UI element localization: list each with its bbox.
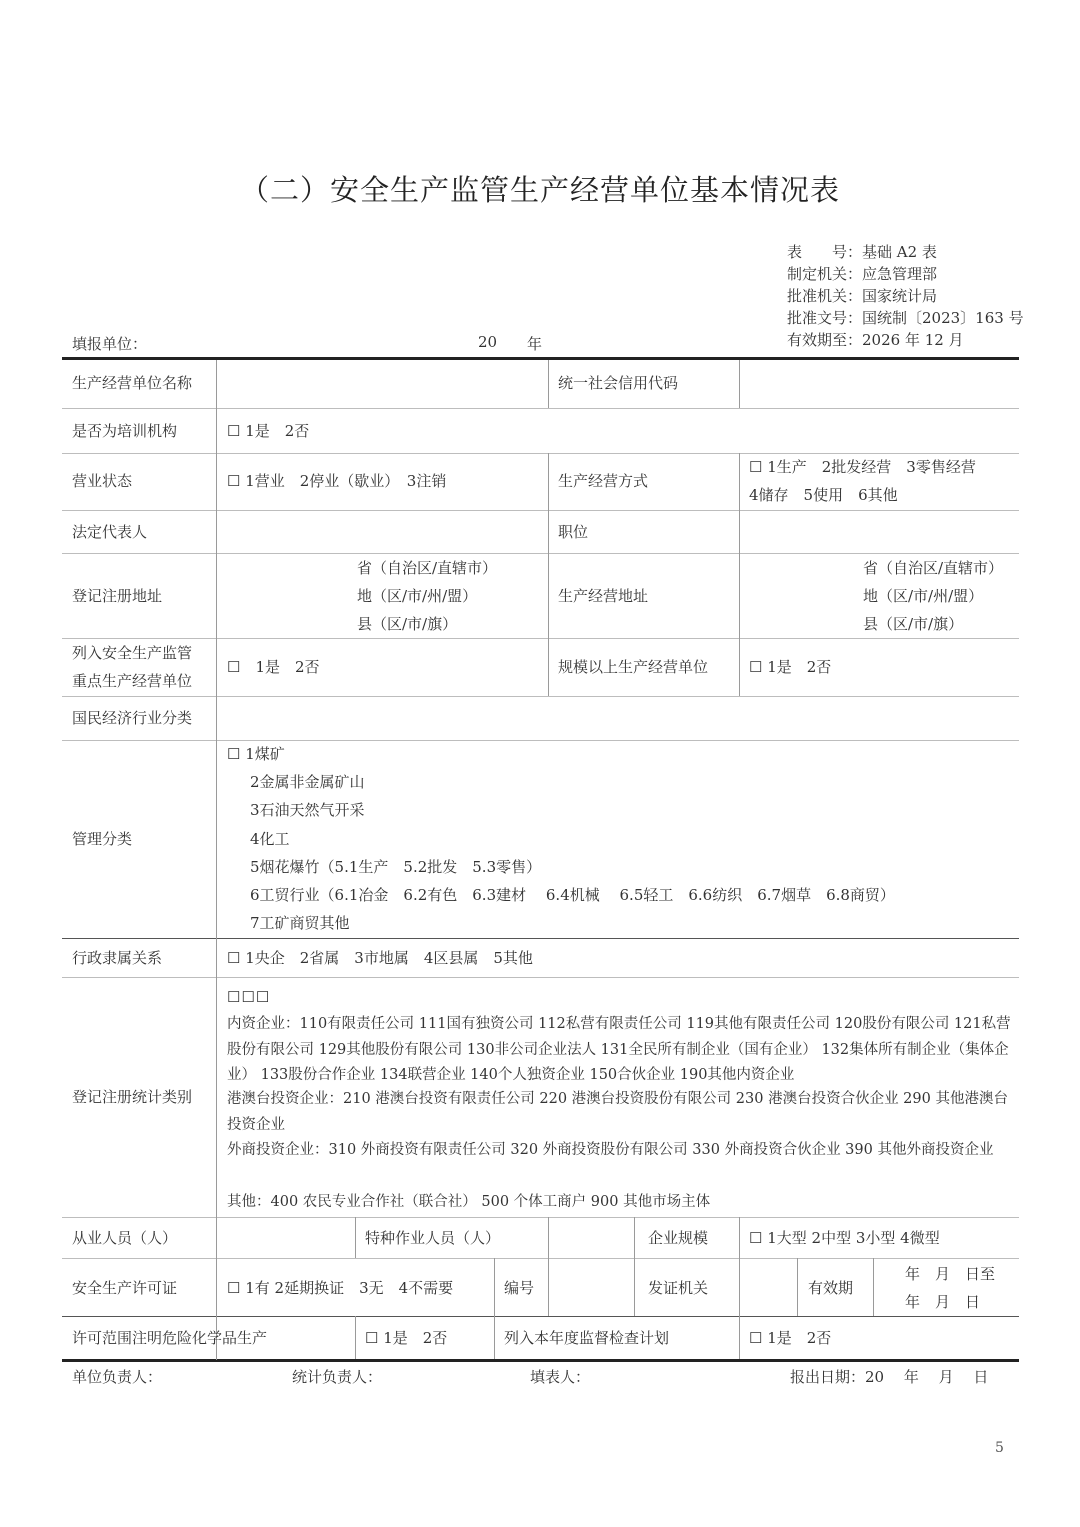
column-divider	[739, 453, 740, 696]
management-option: 4化工	[250, 825, 290, 853]
license-number-label: 编号	[504, 1274, 534, 1302]
management-option[interactable]: ☐ 1煤矿	[227, 740, 285, 768]
column-divider	[548, 1217, 549, 1316]
business-county[interactable]: 县（区/市/旗）	[863, 610, 963, 638]
validity-label: 有效期	[808, 1274, 853, 1302]
business-status-label: 营业状态	[72, 467, 132, 495]
industry-class-label: 国民经济行业分类	[72, 704, 192, 732]
row-divider	[62, 510, 1019, 511]
license-number-field[interactable]	[555, 1274, 627, 1302]
business-address-label: 生产经营地址	[558, 582, 648, 610]
column-divider	[739, 360, 740, 408]
row-divider	[62, 977, 1019, 978]
above-scale-options[interactable]: ☐ 1是 2否	[749, 653, 831, 681]
key-unit-label-line2: 重点生产经营单位	[72, 667, 192, 695]
form-number: 表 号：基础 A2 表	[787, 241, 937, 263]
registration-other: 其他：400 农民专业合作社（联合社） 500 个体工商户 900 其他市场主体	[227, 1190, 1017, 1216]
legal-rep-label: 法定代表人	[72, 518, 147, 546]
row-divider	[62, 1217, 1019, 1218]
approval-document: 批准文号：国统制〔2023〕163 号	[787, 307, 1024, 329]
page-title: （二）安全生产监管生产经营单位基本情况表	[0, 168, 1080, 209]
business-mode-options-line2[interactable]: 4储存 5使用 6其他	[749, 481, 898, 509]
admin-affiliation-options[interactable]: ☐ 1央企 2省属 3市地属 4区县属 5其他	[227, 944, 533, 972]
row-divider	[62, 638, 1019, 639]
registered-address-label: 登记注册地址	[72, 582, 162, 610]
registration-foreign: 外商投资企业：310 外商投资有限责任公司 320 外商投资股份有限公司 330…	[227, 1138, 1017, 1164]
employees-label: 从业人员（人）	[72, 1224, 177, 1252]
column-divider	[355, 1316, 356, 1359]
employees-field[interactable]	[227, 1224, 347, 1252]
validity-start[interactable]: 年 月 日至	[905, 1260, 995, 1288]
row-divider	[62, 938, 1019, 939]
hazmat-production-label: 许可范围注明危险化学品生产	[72, 1324, 267, 1352]
approving-authority: 批准机关：国家统计局	[787, 285, 937, 307]
admin-affiliation-label: 行政隶属关系	[72, 944, 162, 972]
issuing-authority: 制定机关：应急管理部	[787, 263, 937, 285]
above-scale-label: 规模以上生产经营单位	[558, 653, 708, 681]
business-province[interactable]: 省（自治区/直辖市）	[863, 554, 1003, 582]
business-status-options[interactable]: ☐ 1营业 2停业（歇业） 3注销	[227, 467, 446, 495]
statistics-head-label: 统计负责人：	[292, 1366, 382, 1387]
registration-domestic: 内资企业：110有限责任公司 111国有独资公司 112私营有限责任公司 119…	[227, 1012, 1017, 1089]
column-divider	[873, 1258, 874, 1316]
credit-code-label: 统一社会信用代码	[558, 369, 678, 397]
registration-hk-macao-taiwan: 港澳台投资企业：210 港澳台投资有限责任公司 220 港澳台投资股份有限公司 …	[227, 1087, 1017, 1138]
management-option: 5烟花爆竹（5.1生产 5.2批发 5.3零售）	[250, 853, 541, 881]
training-org-options[interactable]: ☐ 1是 2否	[227, 417, 309, 445]
column-divider	[355, 1217, 356, 1258]
filler-label: 填表人：	[530, 1366, 590, 1387]
registered-province[interactable]: 省（自治区/直辖市）	[357, 554, 497, 582]
valid-until: 有效期至：2026 年 12 月	[787, 329, 964, 351]
column-divider	[494, 1258, 495, 1359]
column-divider	[548, 453, 549, 696]
row-divider	[62, 696, 1019, 697]
management-option: 3石油天然气开采	[250, 796, 365, 824]
key-unit-label-line1: 列入安全生产监管	[72, 639, 192, 667]
management-option: 2金属非金属矿山	[250, 768, 365, 796]
unit-name-field[interactable]	[227, 369, 537, 397]
column-divider	[548, 360, 549, 408]
special-workers-field[interactable]	[555, 1224, 627, 1252]
registration-category-label: 登记注册统计类别	[72, 1083, 192, 1111]
annual-inspection-options[interactable]: ☐ 1是 2否	[749, 1324, 831, 1352]
enterprise-scale-options[interactable]: ☐ 1大型 2中型 3小型 4微型	[749, 1224, 940, 1252]
column-divider	[739, 1217, 740, 1359]
training-org-label: 是否为培训机构	[72, 417, 177, 445]
registered-prefecture[interactable]: 地（区/市/州/盟）	[357, 582, 477, 610]
business-mode-options-line1[interactable]: ☐ 1生产 2批发经营 3零售经营	[749, 453, 976, 481]
safety-license-label: 安全生产许可证	[72, 1274, 177, 1302]
business-mode-label: 生产经营方式	[558, 467, 648, 495]
key-unit-options[interactable]: ☐ 1是 2否	[227, 653, 320, 681]
management-option: 6工贸行业（6.1冶金 6.2有色 6.3建材 6.4机械 6.5轻工 6.6纺…	[250, 881, 895, 909]
credit-code-field[interactable]	[750, 369, 1010, 397]
unit-head-label: 单位负责人：	[72, 1366, 162, 1387]
report-date: 报出日期：20 年 月 日	[790, 1366, 988, 1387]
legal-rep-field[interactable]	[227, 518, 537, 546]
column-divider	[634, 1217, 635, 1316]
safety-license-options[interactable]: ☐ 1有 2延期换证 3无 4不需要	[227, 1274, 453, 1302]
page-number: 5	[995, 1440, 1004, 1456]
issuing-authority-field[interactable]	[745, 1274, 791, 1302]
row-divider	[62, 1316, 1019, 1317]
industry-class-field[interactable]	[227, 704, 1007, 732]
table-bottom-border	[62, 1359, 1019, 1362]
management-option: 7工矿商贸其他	[250, 909, 350, 937]
business-prefecture[interactable]: 地（区/市/州/盟）	[863, 582, 983, 610]
table-top-border	[62, 357, 1019, 360]
validity-end[interactable]: 年 月 日	[905, 1288, 980, 1316]
column-divider	[797, 1258, 798, 1316]
annual-inspection-label: 列入本年度监督检查计划	[504, 1324, 669, 1352]
special-workers-label: 特种作业人员（人）	[365, 1224, 500, 1252]
year-prefix: 20	[478, 333, 497, 351]
position-label: 职位	[558, 518, 588, 546]
hazmat-production-options[interactable]: ☐ 1是 2否	[365, 1324, 447, 1352]
management-class-label: 管理分类	[72, 825, 132, 853]
registration-code-boxes[interactable]: ☐☐☐	[227, 983, 270, 1011]
position-field[interactable]	[750, 518, 1010, 546]
enterprise-scale-label: 企业规模	[648, 1224, 708, 1252]
row-divider	[62, 408, 1019, 409]
registered-county[interactable]: 县（区/市/旗）	[357, 610, 457, 638]
unit-name-label: 生产经营单位名称	[72, 369, 192, 397]
reporting-unit-label: 填报单位：	[72, 333, 147, 354]
year-suffix: 年	[527, 333, 542, 354]
column-divider	[216, 360, 217, 1360]
issuing-authority-label: 发证机关	[648, 1274, 708, 1302]
row-divider	[62, 1258, 1019, 1259]
row-divider	[62, 740, 1019, 741]
